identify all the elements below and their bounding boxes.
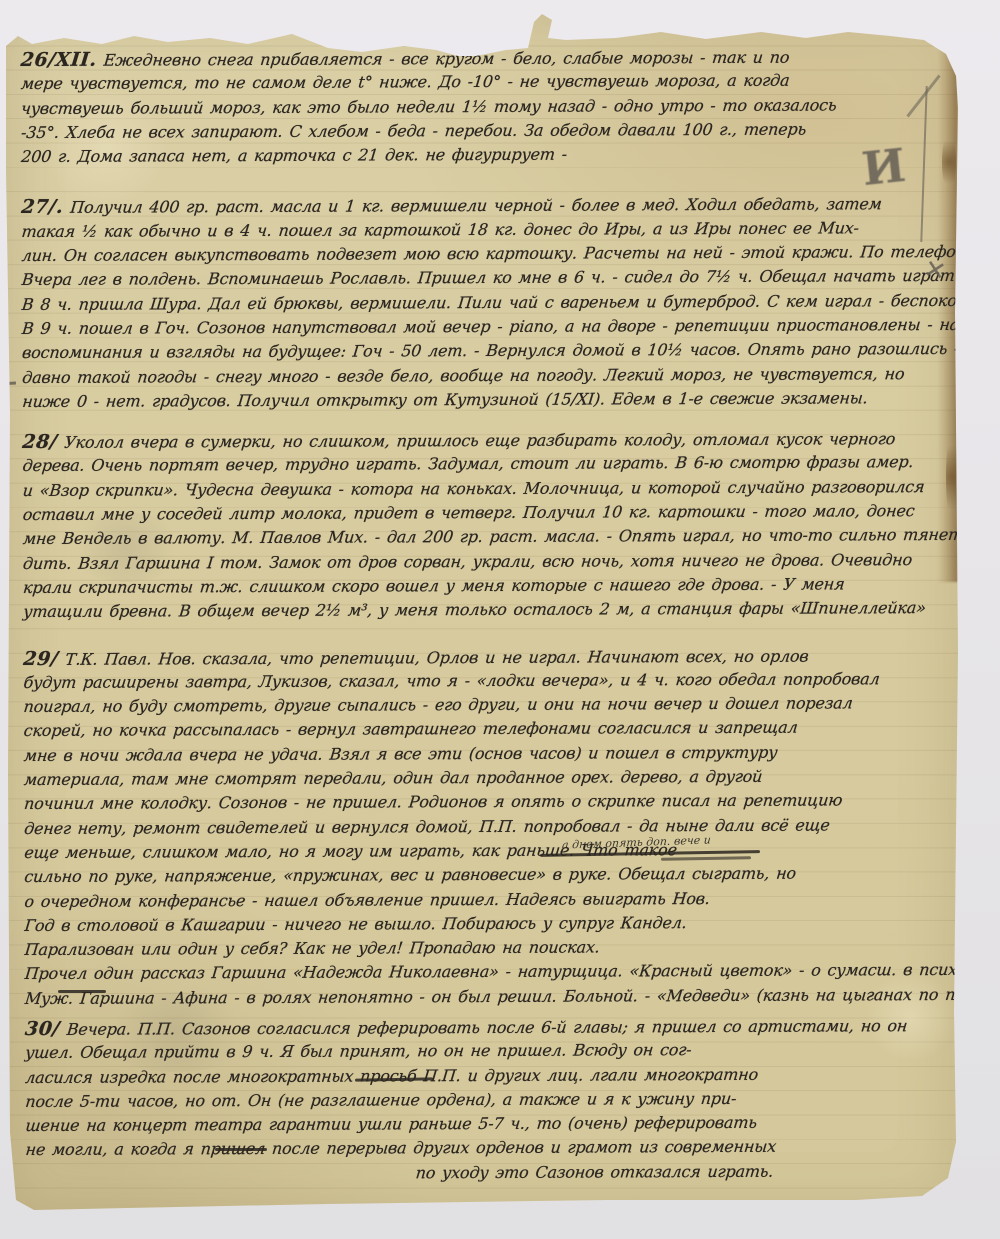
burn-spot xyxy=(942,132,956,192)
entry-date: 27/. xyxy=(20,196,64,218)
ink-strikethrough xyxy=(215,1148,267,1151)
handwriting-line: не могли, а когда я пришел после перерыв… xyxy=(24,1134,946,1162)
diary-entry: 27/.Получил 400 гр. раст. масла и 1 кг. … xyxy=(20,191,941,414)
manuscript-entries: 26/XII.Ежедневно снега прибавляется - вс… xyxy=(20,44,945,1187)
handwriting-line: Муж. Гаршина - Афина - в ролях непонятно… xyxy=(24,983,946,1011)
handwriting-line: 29/Т.К. Павл. Нов. сказала, что репетици… xyxy=(22,643,944,671)
handwriting-line: 200 г. Дома запаса нет, а карточка с 21 … xyxy=(20,141,942,169)
handwriting-line: о очередном конферансье - нашел объявлен… xyxy=(23,885,945,913)
handwriting-line: сильно по руке, напряжение, «пружинах, в… xyxy=(23,861,945,889)
handwriting-line: дерева. Очень портят вечер, трудно играт… xyxy=(21,450,943,478)
diary-entry: 30/Вечера. П.П. Сазонов согласился рефер… xyxy=(24,1013,945,1187)
handwriting-line: ниже 0 - нет. градусов. Получил открытку… xyxy=(21,386,943,414)
pencil-scribble-mark: И xyxy=(859,138,908,196)
diary-entry: 26/XII.Ежедневно снега прибавляется - вс… xyxy=(20,44,941,169)
paper-sheet: 26/XII.Ежедневно снега прибавляется - вс… xyxy=(6,12,958,1212)
handwriting-line: воспоминания и взгляды на будущее: Гоч -… xyxy=(21,337,943,365)
entry-date: 29/ xyxy=(22,647,59,669)
handwriting-line: ушел. Обещал прийти в 9 ч. Я был принят,… xyxy=(24,1037,946,1065)
entry-date: 28/ xyxy=(21,431,58,453)
entry-date: 30/ xyxy=(24,1018,61,1040)
scan-background: 26/XII.Ежедневно снега прибавляется - вс… xyxy=(0,0,1000,1239)
ink-strikethrough xyxy=(58,990,106,993)
handwriting-line: Прочел один рассказ Гаршина «Надежда Ник… xyxy=(24,958,946,986)
handwriting-line: 27/.Получил 400 гр. раст. масла и 1 кг. … xyxy=(20,191,942,219)
diary-entry: 29/Т.К. Павл. Нов. сказала, что репетици… xyxy=(22,643,944,1011)
handwriting-line: мере чувствуется, то не самом деле t° ни… xyxy=(20,68,942,96)
entry-date: 26/XII. xyxy=(20,49,98,71)
handwriting-line: утащили бревна. В общем вечер 2½ м³, у м… xyxy=(22,596,944,624)
handwriting-line: починил мне колодку. Созонов - не пришел… xyxy=(23,788,945,816)
handwriting-line: по уходу это Сазонов отказался играть. xyxy=(24,1159,946,1187)
margin-dash-mark xyxy=(0,381,16,385)
diary-entry: 28/Уколол вчера в сумерки, но слишком, п… xyxy=(21,426,942,624)
handwriting-line: Вчера лег в полдень. Вспоминаешь Рославл… xyxy=(21,264,943,292)
handwriting-line: мне Вендель в валюту. М. Павлов Мих. - д… xyxy=(22,523,944,551)
handwriting-line: скорей, но кочка рассыпалась - вернул за… xyxy=(23,715,945,743)
burn-spot xyxy=(946,432,958,522)
